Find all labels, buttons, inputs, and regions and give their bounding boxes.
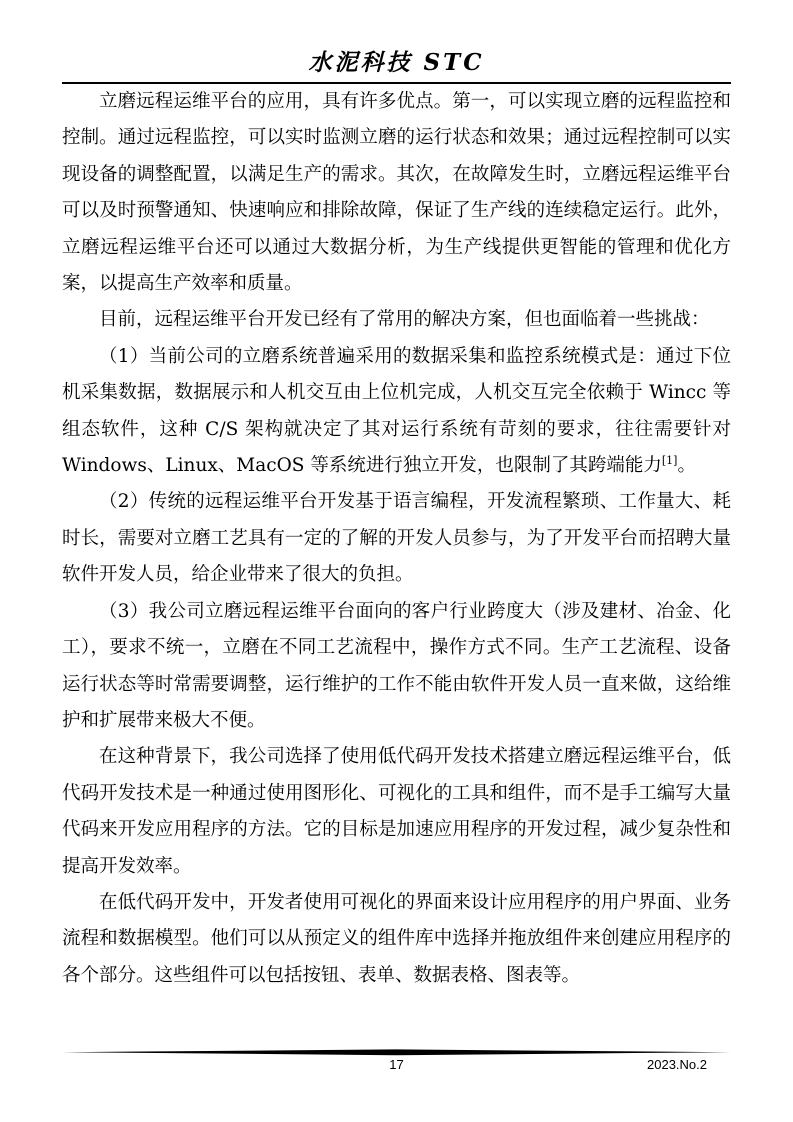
paragraph: （2）传统的远程运维平台开发基于语言编程，开发流程繁琐、工作量大、耗时长，需要对… xyxy=(62,484,731,593)
doc-footer: 17 2023.No.2 xyxy=(62,1049,731,1075)
paragraph: 在这种背景下，我公司选择了使用低代码开发技术搭建立磨远程运维平台，低代码开发技术… xyxy=(62,739,731,885)
issue-number: 2023.No.2 xyxy=(647,1057,707,1073)
document-page: 水泥科技 STC 立磨远程运维平台的应用，具有许多优点。第一，可以实现立磨的远程… xyxy=(0,0,793,1122)
footer-row: 17 2023.No.2 xyxy=(62,1057,731,1075)
paragraph: 目前，远程运维平台开发已经有了常用的解决方案，但也面临着一些挑战： xyxy=(62,302,731,338)
article-body: 立磨远程运维平台的应用，具有许多优点。第一，可以实现立磨的远程监控和控制。通过远… xyxy=(62,84,731,994)
citation-superscript: [1] xyxy=(662,454,678,467)
paragraph: （3）我公司立磨远程运维平台面向的客户行业跨度大（涉及建材、冶金、化工），要求不… xyxy=(62,594,731,740)
paragraph: （1）当前公司的立磨系统普遍采用的数据采集和监控系统模式是：通过下位机采集数据，… xyxy=(62,339,731,485)
doc-header: 水泥科技 STC xyxy=(0,0,793,84)
paragraph-text: （1）当前公司的立磨系统普遍采用的数据采集和监控系统模式是：通过下位机采集数据，… xyxy=(62,346,731,476)
paragraph: 立磨远程运维平台的应用，具有许多优点。第一，可以实现立磨的远程监控和控制。通过远… xyxy=(62,84,731,302)
paragraph-text: 。 xyxy=(677,455,696,476)
journal-title: 水泥科技 STC xyxy=(62,46,731,80)
footer-rule xyxy=(62,1049,731,1056)
paragraph: 在低代码开发中，开发者使用可视化的界面来设计应用程序的用户界面、业务流程和数据模… xyxy=(62,885,731,994)
page-number: 17 xyxy=(62,1057,731,1073)
